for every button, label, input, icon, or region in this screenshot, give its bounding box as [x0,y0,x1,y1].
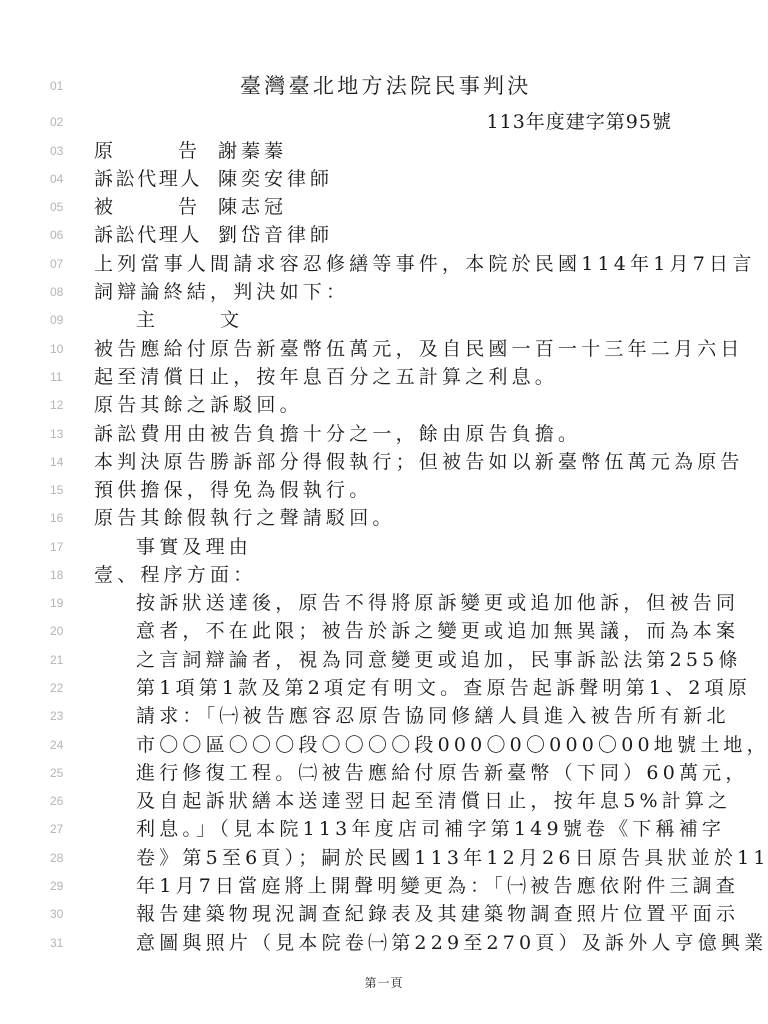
line-13: 13 訴訟費用由被告負擔十分之一，餘由原告負擔。 [0,420,768,448]
line-number: 06 [50,221,80,249]
section-one-body: 報告建築物現況調查紀錄表及其建築物調查照片位置平面示 [136,900,739,928]
line-number: 10 [50,335,80,363]
line-number: 09 [50,306,80,334]
line-09: 09 主 文 [0,306,768,334]
section-one-body: 及自起訴狀繕本送達翌日起至清償日止，按年息5%計算之 [136,787,731,815]
facts-heading: 事實及理由 [136,533,252,561]
line-number: 21 [50,646,80,674]
document-title: 臺灣臺北地方法院民事判決 [240,72,532,100]
line-number: 13 [50,420,80,448]
line-number: 23 [50,702,80,730]
line-number: 20 [50,617,80,645]
line-number: 29 [50,872,80,900]
line-01: 01 臺灣臺北地方法院民事判決 [0,72,768,100]
line-number: 24 [50,731,80,759]
line-29: 29 年1月7日當庭將上開聲明變更為：「㈠被告應依附件三調查 [0,872,768,900]
section-one-body: 進行修復工程。㈡被告應給付原告新臺幣（下同）60萬元， [136,759,749,787]
party-label-defendant-2: 告 [178,193,200,221]
page-footer: 第一頁 [0,974,768,991]
intro-text: 詞辯論終結，判決如下： [94,278,349,306]
main-text: 起至清償日止，按年息百分之五計算之利息。 [94,363,558,391]
main-text: 訴訟費用由被告負擔十分之一，餘由原告負擔。 [94,420,581,448]
line-18: 18 壹、程序方面： [0,561,768,589]
line-14: 14 本判決原告勝訴部分得假執行；但被告如以新臺幣伍萬元為原告 [0,448,768,476]
line-10: 10 被告應給付原告新臺幣伍萬元，及自民國一百一十三年二月六日 [0,335,768,363]
line-22: 22 第1項第1款及第2項定有明文。查原告起訴聲明第1、2項原 [0,674,768,702]
intro-text: 上列當事人間請求容忍修繕等事件，本院於民國114年1月7日言 [94,250,755,278]
line-number: 16 [50,504,80,532]
section-one-body: 利息。」（見本院113年度店司補字第149號卷《下稱補字 [136,815,725,843]
line-04: 04 訴訟代理人 陳奕安律師 [0,165,768,193]
line-number: 01 [50,72,80,100]
section-one-body: 意圖與照片（見本院卷㈠第229至270頁）及訴外人亨億興業 [136,929,767,957]
judgment-page: 01 臺灣臺北地方法院民事判決 02 113年度建字第95號 03 原 告 謝蓁… [0,0,768,1024]
line-03: 03 原 告 謝蓁蓁 [0,137,768,165]
section-one-body: 市〇〇區〇〇〇段〇〇〇〇段000〇0〇000〇00地號土地， [136,731,768,759]
line-31: 31 意圖與照片（見本院卷㈠第229至270頁）及訴外人亨億興業 [0,929,768,957]
line-12: 12 原告其餘之訴駁回。 [0,391,768,419]
line-08: 08 詞辯論終結，判決如下： [0,278,768,306]
line-27: 27 利息。」（見本院113年度店司補字第149號卷《下稱補字 [0,815,768,843]
party-label-plaintiff-1: 原 [94,137,116,165]
section-one-body: 意者，不在此限；被告於訴之變更或追加無異議，而為本案 [136,617,739,645]
line-19: 19 按訴狀送達後，原告不得將原訴變更或追加他訴，但被告同 [0,589,768,617]
line-number: 12 [50,391,80,419]
line-number: 11 [50,363,80,391]
line-number: 18 [50,561,80,589]
line-21: 21 之言詞辯論者，視為同意變更或追加，民事訴訟法第255條 [0,646,768,674]
line-25: 25 進行修復工程。㈡被告應給付原告新臺幣（下同）60萬元， [0,759,768,787]
party-label-plaintiff-2: 告 [178,137,200,165]
line-11: 11 起至清償日止，按年息百分之五計算之利息。 [0,363,768,391]
line-number: 28 [50,844,80,872]
line-number: 22 [50,674,80,702]
line-number: 03 [50,137,80,165]
main-text: 預供擔保，得免為假執行。 [94,476,372,504]
line-16: 16 原告其餘假執行之聲請駁回。 [0,504,768,532]
line-number: 25 [50,759,80,787]
line-30: 30 報告建築物現況調查紀錄表及其建築物調查照片位置平面示 [0,900,768,928]
line-number: 02 [50,108,80,136]
line-28: 28 卷》第5至6頁）；嗣於民國113年12月26日原告具狀並於114 [0,844,768,872]
line-number: 15 [50,476,80,504]
line-number: 30 [50,900,80,928]
main-text: 本判決原告勝訴部分得假執行；但被告如以新臺幣伍萬元為原告 [94,448,744,476]
section-one-body: 按訴狀送達後，原告不得將原訴變更或追加他訴，但被告同 [136,589,739,617]
section-one-body: 第1項第1款及第2項定有明文。查原告起訴聲明第1、2項原 [136,674,751,702]
line-07: 07 上列當事人間請求容忍修繕等事件，本院於民國114年1月7日言 [0,250,768,278]
main-text: 原告其餘之訴駁回。 [94,391,303,419]
party-label-defendant-attorney: 訴訟代理人 [94,221,202,249]
line-02: 02 113年度建字第95號 [0,108,768,136]
main-text: 原告其餘假執行之聲請駁回。 [94,504,396,532]
line-26: 26 及自起訴狀繕本送達翌日起至清償日止，按年息5%計算之 [0,787,768,815]
main-heading-2: 文 [220,306,242,334]
line-15: 15 預供擔保，得免為假執行。 [0,476,768,504]
section-one-body: 之言詞辯論者，視為同意變更或追加，民事訴訟法第255條 [136,646,742,674]
line-17: 17 事實及理由 [0,533,768,561]
party-label-plaintiff-attorney: 訴訟代理人 [94,165,202,193]
main-text: 被告應給付原告新臺幣伍萬元，及自民國一百一十三年二月六日 [94,335,744,363]
line-24: 24 市〇〇區〇〇〇段〇〇〇〇段000〇0〇000〇00地號土地， [0,731,768,759]
line-number: 17 [50,533,80,561]
party-label-defendant-1: 被 [94,193,116,221]
line-23: 23 請求：「㈠被告應容忍原告協同修繕人員進入被告所有新北 [0,702,768,730]
line-number: 26 [50,787,80,815]
defendant-attorney-name: 劉岱音律師 [218,221,333,249]
line-number: 27 [50,815,80,843]
section-one-body: 年1月7日當庭將上開聲明變更為：「㈠被告應依附件三調查 [136,872,739,900]
line-number: 05 [50,193,80,221]
line-05: 05 被 告 陳志冠 [0,193,768,221]
line-number: 19 [50,589,80,617]
line-06: 06 訴訟代理人 劉岱音律師 [0,221,768,249]
section-one-body: 請求：「㈠被告應容忍原告協同修繕人員進入被告所有新北 [136,702,730,730]
line-number: 08 [50,278,80,306]
case-number: 113年度建字第95號 [487,108,672,136]
section-one-body: 卷》第5至6頁）；嗣於民國113年12月26日原告具狀並於114 [136,844,768,872]
line-20: 20 意者，不在此限；被告於訴之變更或追加無異議，而為本案 [0,617,768,645]
line-number: 31 [50,929,80,957]
main-heading-1: 主 [136,306,158,334]
plaintiff-name: 謝蓁蓁 [218,137,287,165]
plaintiff-attorney-name: 陳奕安律師 [218,165,333,193]
section-one-heading: 壹、程序方面： [94,561,256,589]
defendant-name: 陳志冠 [218,193,287,221]
line-number: 14 [50,448,80,476]
line-number: 04 [50,165,80,193]
line-number: 07 [50,250,80,278]
